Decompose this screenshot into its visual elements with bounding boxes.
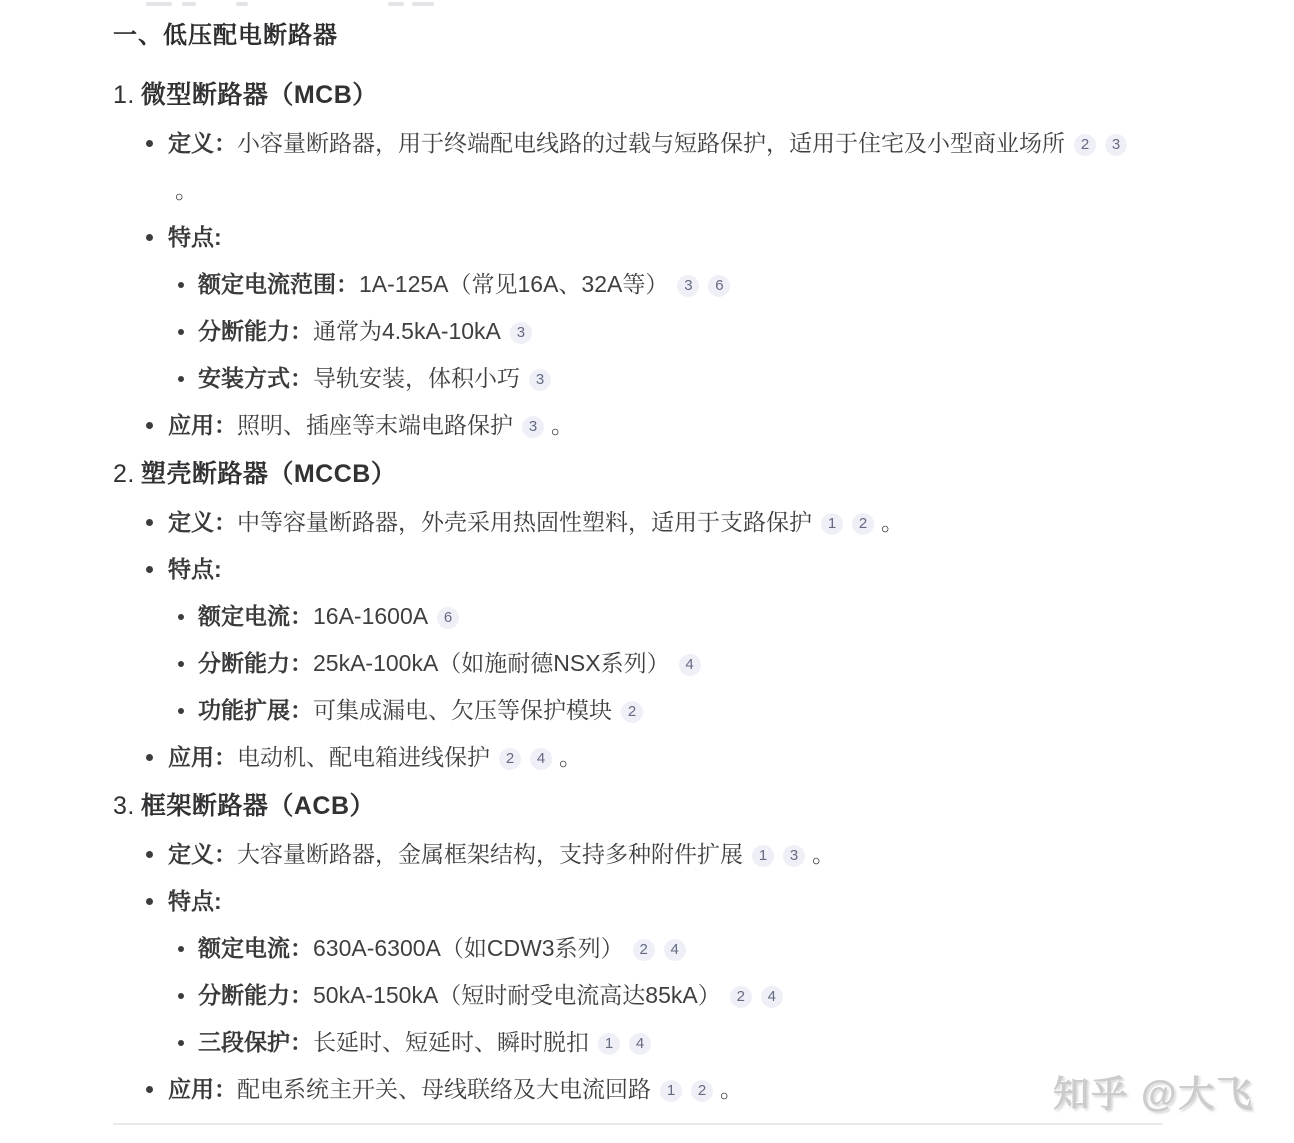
bullet-icon [178,282,184,288]
list-item: 应用：配电系统主开关、母线联络及大电流回路12。 [113,1066,1165,1113]
citation-badge[interactable]: 4 [761,986,783,1008]
sections-container: 1.微型断路器（MCB）定义：小容量断路器，用于终端配电线路的过载与短路保护，适… [113,78,1165,1113]
item-text: 50kA-150kA（短时耐受电流高达85kA） [313,982,721,1008]
list-item: 特点:额定电流：630A-6300A（如CDW3系列）24分断能力：50kA-1… [113,878,1165,1066]
citation-badge[interactable]: 6 [708,275,730,297]
list-item-body: 分断能力：50kA-150kA（短时耐受电流高达85kA）24 [198,982,783,1008]
bullet-icon [178,614,184,620]
list-item-body: 特点: [168,888,222,914]
item-label: 额定电流范围： [198,271,359,297]
citation-badge[interactable]: 2 [633,939,655,961]
citation-badge[interactable]: 1 [660,1080,682,1102]
item-label: 特点: [168,888,222,914]
item-text: 通常为4.5kA-10kA [313,318,501,344]
item-text: 1A-125A（常见16A、32A等） [359,271,668,297]
item-text: 电动机、配电箱进线保护 [237,744,490,770]
item-label: 额定电流： [198,935,313,961]
citation-badge[interactable]: 2 [499,748,521,770]
section-title: 微型断路器（MCB） [141,81,378,109]
item-label: 定义： [168,130,237,156]
citation-badge[interactable]: 1 [821,513,843,535]
section-list: 定义：大容量断路器，金属框架结构，支持多种附件扩展13。特点:额定电流：630A… [113,831,1165,1113]
item-text: 25kA-100kA（如施耐德NSX系列） [313,650,670,676]
citation-badge[interactable]: 4 [664,939,686,961]
section-list: 定义：中等容量断路器，外壳采用热固性塑料，适用于支路保护12。特点:额定电流：1… [113,499,1165,781]
list-item-body: 应用：配电系统主开关、母线联络及大电流回路12。 [168,1076,743,1102]
item-text: 16A-1600A [313,603,428,629]
list-item-body: 额定电流：16A-1600A6 [198,603,459,629]
section-title: 框架断路器（ACB） [141,792,375,820]
section-number: 2. [113,460,135,488]
list-item: 特点:额定电流：16A-1600A6分断能力：25kA-100kA（如施耐德NS… [113,546,1165,734]
watermark: 知乎 @大飞 [1053,1066,1254,1117]
item-period: 。 [551,412,574,438]
list-item: 定义：大容量断路器，金属框架结构，支持多种附件扩展13。 [113,831,1165,878]
page-title: 一、低压配电断路器 [113,20,1165,52]
section-heading: 3.框架断路器（ACB） [113,789,1165,823]
list-item: 定义：中等容量断路器，外壳采用热固性塑料，适用于支路保护12。 [113,499,1165,546]
list-item-body: 特点: [168,224,222,250]
bottom-divider [113,1123,1163,1125]
citation-badge[interactable]: 1 [752,845,774,867]
item-period: 。 [175,167,1165,214]
item-label: 三段保护： [198,1029,313,1055]
list-item-body: 定义：大容量断路器，金属框架结构，支持多种附件扩展13。 [168,841,835,867]
list-item-body: 应用：电动机、配电箱进线保护24。 [168,744,582,770]
item-text: 中等容量断路器，外壳采用热固性塑料，适用于支路保护 [237,509,812,535]
list-item: 额定电流：630A-6300A（如CDW3系列）24 [168,925,1165,972]
list-item-body: 分断能力：25kA-100kA（如施耐德NSX系列）4 [198,650,701,676]
citation-badge[interactable]: 4 [679,654,701,676]
bullet-icon [178,946,184,952]
citation-badge[interactable]: 2 [852,513,874,535]
list-item-body: 额定电流：630A-6300A（如CDW3系列）24 [198,935,686,961]
item-text: 小容量断路器，用于终端配电线路的过载与短路保护，适用于住宅及小型商业场所 [237,130,1065,156]
citation-badge[interactable]: 2 [621,701,643,723]
sub-list: 额定电流：630A-6300A（如CDW3系列）24分断能力：50kA-150k… [168,925,1165,1066]
list-item: 特点:额定电流范围：1A-125A（常见16A、32A等）36分断能力：通常为4… [113,214,1165,402]
bullet-icon [146,140,153,147]
list-item-body: 定义：小容量断路器，用于终端配电线路的过载与短路保护，适用于住宅及小型商业场所2… [168,130,1165,214]
item-period: 。 [559,744,582,770]
list-item-body: 三段保护：长延时、短延时、瞬时脱扣14 [198,1029,651,1055]
list-item: 额定电流：16A-1600A6 [168,593,1165,640]
bullet-icon [178,1040,184,1046]
citation-badge[interactable]: 2 [730,986,752,1008]
answer-content: 一、低压配电断路器 1.微型断路器（MCB）定义：小容量断路器，用于终端配电线路… [113,0,1165,1113]
sub-list: 额定电流范围：1A-125A（常见16A、32A等）36分断能力：通常为4.5k… [168,261,1165,402]
list-item-body: 应用：照明、插座等末端电路保护3。 [168,412,574,438]
bullet-icon [146,851,153,858]
item-text: 照明、插座等末端电路保护 [237,412,513,438]
item-text: 导轨安装，体积小巧 [313,365,520,391]
item-label: 特点: [168,556,222,582]
item-text: 长延时、短延时、瞬时脱扣 [313,1029,589,1055]
item-label: 应用： [168,412,237,438]
item-text: 可集成漏电、欠压等保护模块 [313,697,612,723]
document-page: 一、低压配电断路器 1.微型断路器（MCB）定义：小容量断路器，用于终端配电线路… [0,0,1294,1143]
sub-list: 额定电流：16A-1600A6分断能力：25kA-100kA（如施耐德NSX系列… [168,593,1165,734]
list-item-body: 定义：中等容量断路器，外壳采用热固性塑料，适用于支路保护12。 [168,509,904,535]
section-heading: 2.塑壳断路器（MCCB） [113,457,1165,491]
bullet-icon [146,1086,153,1093]
citation-badge[interactable]: 3 [522,416,544,438]
list-item-body: 安装方式：导轨安装，体积小巧3 [198,365,551,391]
item-text: 630A-6300A（如CDW3系列） [313,935,624,961]
section-number: 1. [113,81,135,109]
list-item: 应用：电动机、配电箱进线保护24。 [113,734,1165,781]
list-item: 功能扩展：可集成漏电、欠压等保护模块2 [168,687,1165,734]
citation-badge[interactable]: 3 [510,322,532,344]
list-item: 额定电流范围：1A-125A（常见16A、32A等）36 [168,261,1165,308]
citation-badge[interactable]: 4 [530,748,552,770]
list-item-body: 特点: [168,556,222,582]
item-label: 安装方式： [198,365,313,391]
citation-badge[interactable]: 6 [437,607,459,629]
list-item-body: 额定电流范围：1A-125A（常见16A、32A等）36 [198,271,730,297]
citation-badge[interactable]: 1 [598,1033,620,1055]
bullet-icon [178,993,184,999]
item-period: 。 [720,1076,743,1102]
list-item: 分断能力：通常为4.5kA-10kA3 [168,308,1165,355]
item-label: 定义： [168,509,237,535]
section-heading: 1.微型断路器（MCB） [113,78,1165,112]
section-number: 3. [113,792,135,820]
list-item: 分断能力：50kA-150kA（短时耐受电流高达85kA）24 [168,972,1165,1019]
bullet-icon [146,519,153,526]
citation-badge[interactable]: 2 [691,1080,713,1102]
bullet-icon [146,754,153,761]
topic-section: 2.塑壳断路器（MCCB）定义：中等容量断路器，外壳采用热固性塑料，适用于支路保… [113,457,1165,781]
item-text: 配电系统主开关、母线联络及大电流回路 [237,1076,651,1102]
bullet-icon [146,898,153,905]
item-label: 分断能力： [198,982,313,1008]
item-label: 额定电流： [198,603,313,629]
citation-badge[interactable]: 3 [1105,134,1127,156]
item-label: 功能扩展： [198,697,313,723]
bullet-icon [146,566,153,573]
item-label: 特点: [168,224,222,250]
citation-badge[interactable]: 3 [529,369,551,391]
list-item-body: 功能扩展：可集成漏电、欠压等保护模块2 [198,697,643,723]
list-item: 三段保护：长延时、短延时、瞬时脱扣14 [168,1019,1165,1066]
citation-badge[interactable]: 3 [677,275,699,297]
bullet-icon [146,422,153,429]
list-item: 定义：小容量断路器，用于终端配电线路的过载与短路保护，适用于住宅及小型商业场所2… [113,120,1165,214]
list-item: 安装方式：导轨安装，体积小巧3 [168,355,1165,402]
item-text: 大容量断路器，金属框架结构，支持多种附件扩展 [237,841,743,867]
bullet-icon [178,329,184,335]
item-label: 分断能力： [198,318,313,344]
item-label: 分断能力： [198,650,313,676]
section-title: 塑壳断路器（MCCB） [141,460,397,488]
list-item: 分断能力：25kA-100kA（如施耐德NSX系列）4 [168,640,1165,687]
list-item: 应用：照明、插座等末端电路保护3。 [113,402,1165,449]
topic-section: 1.微型断路器（MCB）定义：小容量断路器，用于终端配电线路的过载与短路保护，适… [113,78,1165,449]
item-period: 。 [812,841,835,867]
section-list: 定义：小容量断路器，用于终端配电线路的过载与短路保护，适用于住宅及小型商业场所2… [113,120,1165,449]
item-label: 应用： [168,744,237,770]
citation-badge[interactable]: 2 [1074,134,1096,156]
citation-badge[interactable]: 4 [629,1033,651,1055]
bullet-icon [178,708,184,714]
topic-section: 3.框架断路器（ACB）定义：大容量断路器，金属框架结构，支持多种附件扩展13。… [113,789,1165,1113]
bullet-icon [178,376,184,382]
item-label: 定义： [168,841,237,867]
citation-badge[interactable]: 3 [783,845,805,867]
item-period: 。 [881,509,904,535]
bullet-icon [146,234,153,241]
bullet-icon [178,661,184,667]
item-label: 应用： [168,1076,237,1102]
list-item-body: 分断能力：通常为4.5kA-10kA3 [198,318,532,344]
